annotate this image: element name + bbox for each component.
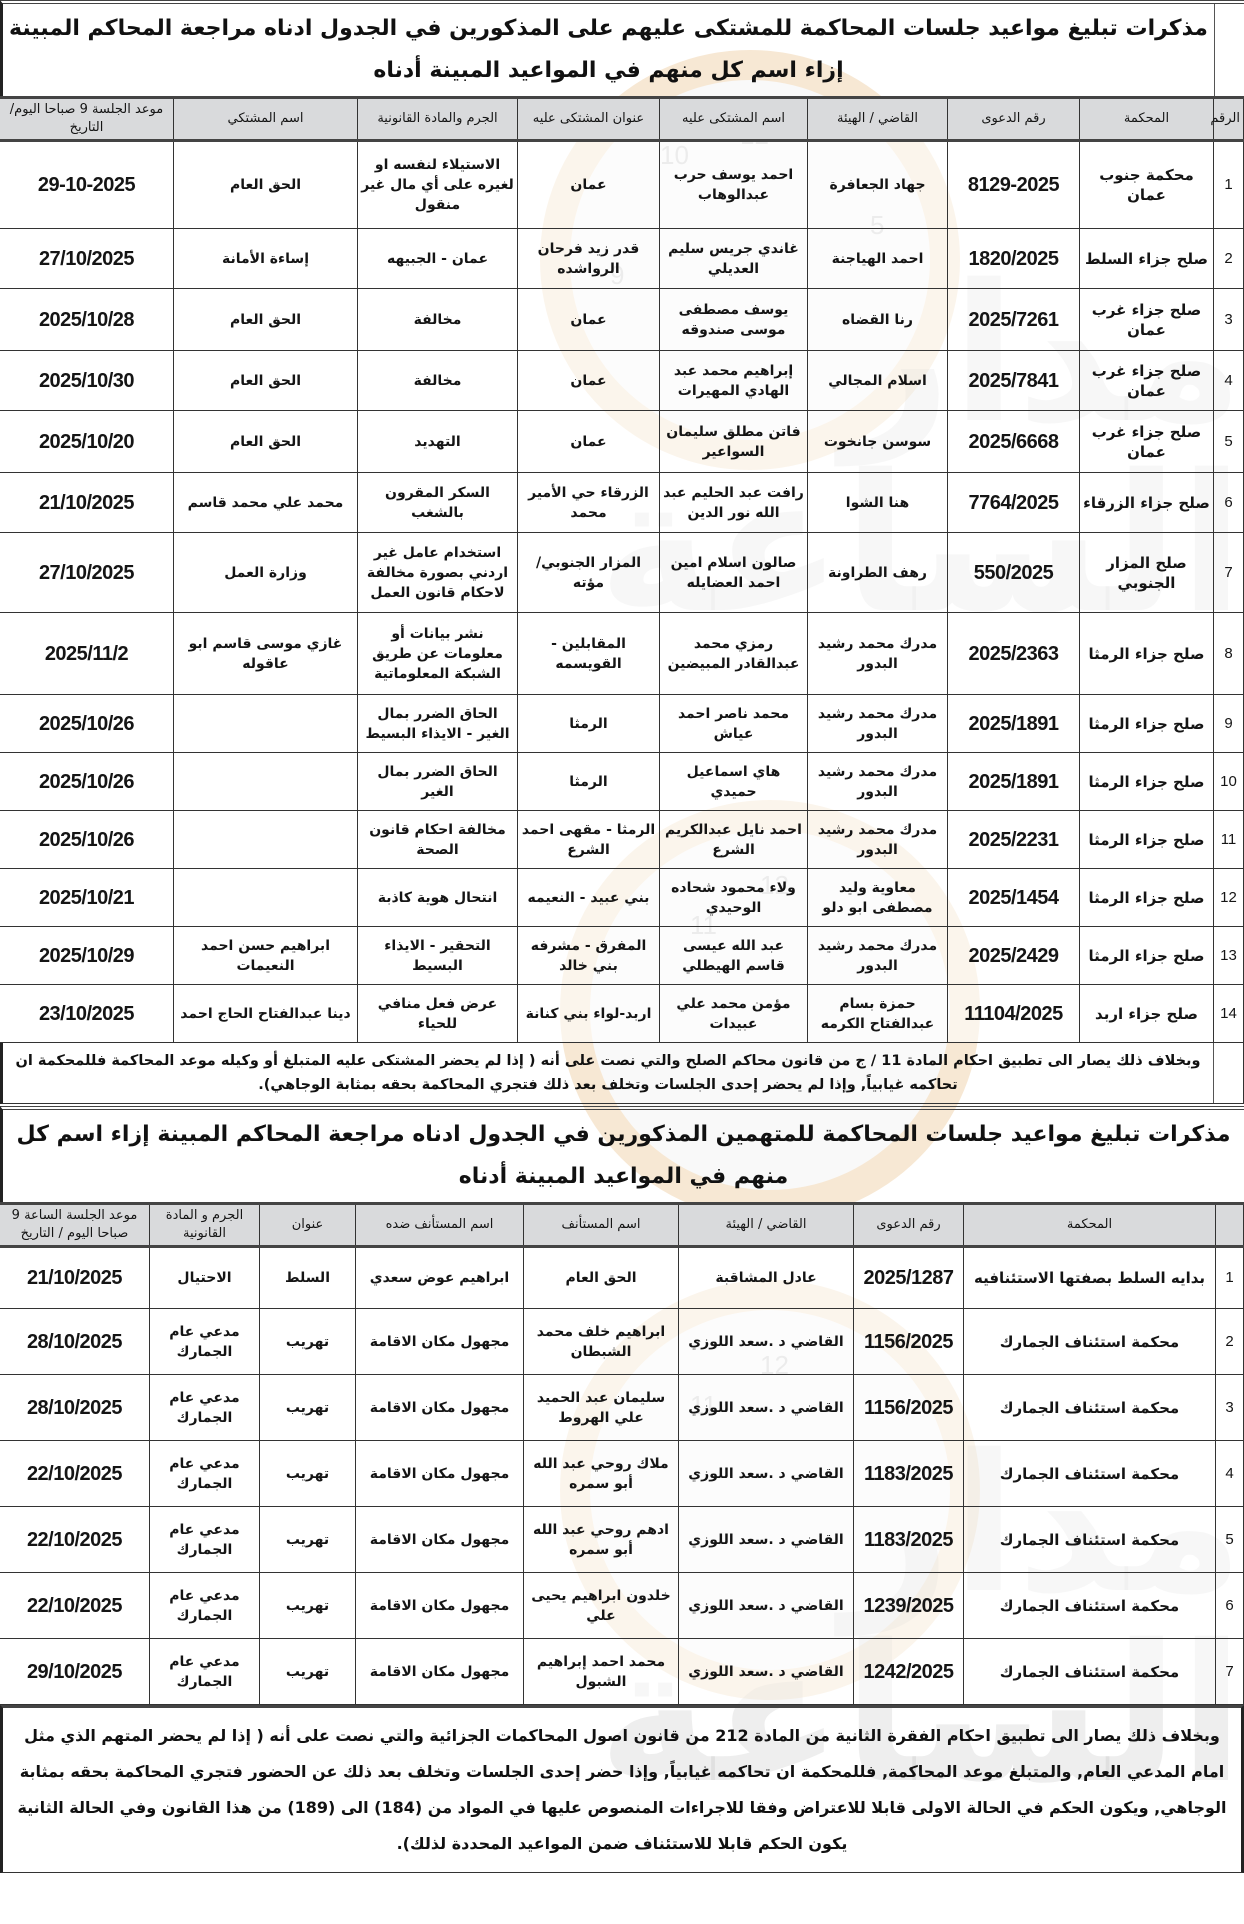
cell-date: 22/10/2025 [0, 1441, 150, 1507]
col-header-case-no: رقم الدعوى [854, 1204, 964, 1247]
cell-court: صلح جزاء اربد [1080, 985, 1214, 1043]
cell-judge: حمزة بسام عبدالفتاح الكرمه [808, 985, 948, 1043]
cell-charge: مدعي عام الجمارك [150, 1639, 260, 1705]
section1-title-box: مذكرات تبليغ مواعيد جلسات المحاكمة للمشت… [0, 0, 1244, 96]
cell-court: محكمة استئناف الجمارك [964, 1309, 1216, 1375]
cell-court: صلح جزاء الرمثا [1080, 811, 1214, 869]
cell-complainant: دينا عبدالفتاح الحاج احمد [174, 985, 358, 1043]
cell-court: صلح جزاء الزرقاء [1080, 473, 1214, 533]
section2-legal-note: وبخلاف ذلك يصار الى تطبيق احكام الفقرة ا… [0, 1705, 1244, 1873]
cell-date: 28/10/2025 [0, 1375, 150, 1441]
cell-appellant: سليمان عبد الحميد علي الهروط [524, 1375, 679, 1441]
cell-no: 10 [1214, 753, 1244, 811]
table-row: 3محكمة استئناف الجمارك1156/2025القاضي د … [0, 1375, 1244, 1441]
table-row: 11صلح جزاء الرمثا2025/2231مدرك محمد رشيد… [0, 811, 1244, 869]
table-row: 10صلح جزاء الرمثا2025/1891مدرك محمد رشيد… [0, 753, 1244, 811]
col-header-appellant: اسم المستأنف [524, 1204, 679, 1247]
cell-appellant: محمد احمد إبراهيم الشبول [524, 1639, 679, 1705]
cell-respondent: مجهول مكان الاقامة [356, 1639, 524, 1705]
cell-respondent: مجهول مكان الاقامة [356, 1309, 524, 1375]
col-header-date: موعد الجلسة 9 صباحا اليوم/التاريخ [0, 98, 174, 141]
section2-note-text: وبخلاف ذلك يصار الى تطبيق احكام الفقرة ا… [3, 1708, 1241, 1872]
table-row: 1محكمة جنوب عمان8129-2025جهاد الجعافرةاح… [0, 141, 1244, 229]
table-row: 1بدايه السلط بصفتها الاستئنافيه2025/1287… [0, 1247, 1244, 1309]
cell-court: محكمة استئناف الجمارك [964, 1639, 1216, 1705]
cell-charge: عمان - الجبيهه [358, 229, 518, 289]
cell-date: 21/10/2025 [0, 1247, 150, 1309]
cell-complainant [174, 811, 358, 869]
table-row: 4محكمة استئناف الجمارك1183/2025القاضي د … [0, 1441, 1244, 1507]
cell-date: 22/10/2025 [0, 1573, 150, 1639]
table-row: 9صلح جزاء الرمثا2025/1891مدرك محمد رشيد … [0, 695, 1244, 753]
table-row: 3صلح جزاء غرب عمان2025/7261رنا القضاهيوس… [0, 289, 1244, 351]
cell-address: تهريب [260, 1309, 356, 1375]
accused-notices-section: مذكرات تبليغ مواعيد جلسات المحاكمة للمته… [0, 1106, 1244, 1873]
cell-court: صلح جزاء الرمثا [1080, 927, 1214, 985]
table-header-row: المحكمة رقم الدعوى القاضي / الهيئة اسم ا… [0, 1204, 1244, 1247]
cell-defendant: احمد نايل عبدالكريم الشرع [660, 811, 808, 869]
cell-complainant: الحق العام [174, 351, 358, 411]
cell-court: صلح جزاء غرب عمان [1080, 351, 1214, 411]
cell-court: محكمة استئناف الجمارك [964, 1375, 1216, 1441]
table-row: 4صلح جزاء غرب عمان2025/7841اسلام المجالي… [0, 351, 1244, 411]
cell-case-no: 1156/2025 [854, 1375, 964, 1441]
cell-address: بني عبيد - النعيمه [518, 869, 660, 927]
table-row: 6محكمة استئناف الجمارك1239/2025القاضي د … [0, 1573, 1244, 1639]
cell-case-no: 1183/2025 [854, 1507, 964, 1573]
table-row: 2صلح جزاء السلط1820/2025احمد الهياجنةغان… [0, 229, 1244, 289]
cell-complainant [174, 753, 358, 811]
table-row: 5محكمة استئناف الجمارك1183/2025القاضي د … [0, 1507, 1244, 1573]
cell-case-no: 2025/2231 [948, 811, 1080, 869]
cell-judge: القاضي د .سعد اللوزي [679, 1639, 854, 1705]
cell-address: تهريب [260, 1441, 356, 1507]
cell-date: 2025/11/2 [0, 613, 174, 695]
cell-address: المقابلين - القويسمه [518, 613, 660, 695]
cell-case-no: 2025/7261 [948, 289, 1080, 351]
table-row: 7صلح المزار الجنوبي550/2025رهف الطراونةص… [0, 533, 1244, 613]
cell-judge: مدرك محمد رشيد البدور [808, 753, 948, 811]
cell-date: 28/10/2025 [0, 1309, 150, 1375]
cell-case-no: 2025/1891 [948, 695, 1080, 753]
cell-charge: انتحال هوية كاذبة [358, 869, 518, 927]
cell-complainant: ابراهيم حسن احمد النعيمات [174, 927, 358, 985]
cell-address: تهريب [260, 1507, 356, 1573]
cell-court: محكمة استئناف الجمارك [964, 1507, 1216, 1573]
table-row: 6صلح جزاء الزرقاء7764/2025هنا الشوارافت … [0, 473, 1244, 533]
cell-appellant: خلدون ابراهيم يحيى علي [524, 1573, 679, 1639]
cell-judge: احمد الهياجنة [808, 229, 948, 289]
cell-charge: مخالفة احكام قانون الصحة [358, 811, 518, 869]
cell-case-no: 1242/2025 [854, 1639, 964, 1705]
cell-judge: القاضي د .سعد اللوزي [679, 1309, 854, 1375]
cell-address: الرمثا - مقهى احمد الشرع [518, 811, 660, 869]
cell-case-no: 8129-2025 [948, 141, 1080, 229]
cell-judge: اسلام المجالي [808, 351, 948, 411]
cell-defendant: محمد ناصر احمد عياش [660, 695, 808, 753]
cell-charge: مدعي عام الجمارك [150, 1507, 260, 1573]
cell-complainant: الحق العام [174, 411, 358, 473]
cell-respondent: مجهول مكان الاقامة [356, 1375, 524, 1441]
cell-charge: مدعي عام الجمارك [150, 1309, 260, 1375]
table-row: 7محكمة استئناف الجمارك1242/2025القاضي د … [0, 1639, 1244, 1705]
cell-court: صلح جزاء الرمثا [1080, 869, 1214, 927]
cell-no: 5 [1214, 411, 1244, 473]
cell-complainant: وزارة العمل [174, 533, 358, 613]
table-row: 5صلح جزاء غرب عمان2025/6668سوسن جانخوتفا… [0, 411, 1244, 473]
cell-address: عمان [518, 289, 660, 351]
section1-note-text: وبخلاف ذلك يصار الى تطبيق احكام المادة 1… [3, 1043, 1213, 1103]
cell-court: صلح جزاء الرمثا [1080, 695, 1214, 753]
cell-charge: استخدام عامل غير اردني بصورة مخالفة لاحك… [358, 533, 518, 613]
cell-judge: هنا الشوا [808, 473, 948, 533]
cell-case-no: 2025/1891 [948, 753, 1080, 811]
cell-date: 2025/10/30 [0, 351, 174, 411]
cell-judge: رنا القضاه [808, 289, 948, 351]
cell-case-no: 550/2025 [948, 533, 1080, 613]
cell-address: عمان [518, 411, 660, 473]
cell-court: محكمة جنوب عمان [1080, 141, 1214, 229]
cell-charge: مخالفة [358, 289, 518, 351]
cell-date: 22/10/2025 [0, 1507, 150, 1573]
cell-date: 21/10/2025 [0, 473, 174, 533]
cell-appellant: ادهم روحي عبد الله أبو سمره [524, 1507, 679, 1573]
cell-complainant: إساءة الأمانة [174, 229, 358, 289]
cell-defendant: مؤمن محمد علي عبيدات [660, 985, 808, 1043]
court-notice-page: 12 5 9 10 12 11 12 11 مدار الساعة مدار ا… [0, 0, 1244, 1924]
col-header-court: المحكمة [964, 1204, 1216, 1247]
cell-court: صلح جزاء الرمثا [1080, 613, 1214, 695]
table-row: 2محكمة استئناف الجمارك1156/2025القاضي د … [0, 1309, 1244, 1375]
cell-address: تهريب [260, 1639, 356, 1705]
cell-respondent: مجهول مكان الاقامة [356, 1573, 524, 1639]
col-header-case-no: رقم الدعوى [948, 98, 1080, 141]
cell-court: بدايه السلط بصفتها الاستئنافيه [964, 1247, 1216, 1309]
cell-address: عمان [518, 141, 660, 229]
col-header-complainant: اسم المشتكي [174, 98, 358, 141]
cell-charge: نشر بيانات أو معلومات عن طريق الشبكة الم… [358, 613, 518, 695]
cell-case-no: 1156/2025 [854, 1309, 964, 1375]
cell-judge: القاضي د .سعد اللوزي [679, 1441, 854, 1507]
table-row: 8صلح جزاء الرمثا2025/2363مدرك محمد رشيد … [0, 613, 1244, 695]
cell-court: صلح جزاء غرب عمان [1080, 411, 1214, 473]
cell-court: صلح جزاء السلط [1080, 229, 1214, 289]
cell-no: 7 [1216, 1639, 1244, 1705]
cell-defendant: صالون اسلام امين احمد العضايله [660, 533, 808, 613]
cell-respondent: مجهول مكان الاقامة [356, 1441, 524, 1507]
cell-charge: مخالفة [358, 351, 518, 411]
cell-address: اربد-لواء بني كنانة [518, 985, 660, 1043]
cell-date: 23/10/2025 [0, 985, 174, 1043]
cell-address: قدر زيد فرحان الرواشده [518, 229, 660, 289]
cell-court: صلح جزاء الرمثا [1080, 753, 1214, 811]
cell-no: 1 [1214, 141, 1244, 229]
cell-charge: عرض فعل منافي للحياء [358, 985, 518, 1043]
cell-date: 27/10/2025 [0, 533, 174, 613]
col-header-defendant: اسم المشتكى عليه [660, 98, 808, 141]
cell-date: 29-10-2025 [0, 141, 174, 229]
col-header-charge: الجرم و المادة القانونية [150, 1204, 260, 1247]
complainant-notices-table: الرقم المحكمة رقم الدعوى القاضي / الهيئة… [0, 96, 1244, 1043]
cell-appellant: ملاك روحي عبد الله أبو سمره [524, 1441, 679, 1507]
cell-charge: التحقير - الايذاء البسيط [358, 927, 518, 985]
cell-defendant: ولاء محمود شحاده الوحيدي [660, 869, 808, 927]
cell-address: عمان [518, 351, 660, 411]
col-header-address: عنوان [260, 1204, 356, 1247]
cell-defendant: هاي اسماعيل حميدي [660, 753, 808, 811]
cell-date: 2025/10/26 [0, 811, 174, 869]
cell-date: 29/10/2025 [0, 1639, 150, 1705]
cell-defendant: يوسف مصطفى موسى صندوقه [660, 289, 808, 351]
col-header-court: المحكمة [1080, 98, 1214, 141]
cell-address: تهريب [260, 1375, 356, 1441]
cell-case-no: 2025/2363 [948, 613, 1080, 695]
cell-date: 27/10/2025 [0, 229, 174, 289]
cell-judge: جهاد الجعافرة [808, 141, 948, 229]
cell-date: 2025/10/28 [0, 289, 174, 351]
cell-case-no: 1183/2025 [854, 1441, 964, 1507]
cell-no: 2 [1216, 1309, 1244, 1375]
cell-complainant: محمد علي محمد قاسم [174, 473, 358, 533]
cell-respondent: ابراهيم عوض سعدي [356, 1247, 524, 1309]
cell-no: 7 [1214, 533, 1244, 613]
cell-complainant: الحق العام [174, 289, 358, 351]
cell-appellant: ابراهيم خلف محمد الشبطان [524, 1309, 679, 1375]
cell-defendant: رافت عبد الحليم عبد الله نور الدين [660, 473, 808, 533]
cell-case-no: 7764/2025 [948, 473, 1080, 533]
cell-judge: عادل المشاقبة [679, 1247, 854, 1309]
cell-address: تهريب [260, 1573, 356, 1639]
cell-charge: التهديد [358, 411, 518, 473]
cell-no: 3 [1214, 289, 1244, 351]
complainant-notices-section: مذكرات تبليغ مواعيد جلسات المحاكمة للمشت… [0, 0, 1244, 1104]
cell-no: 14 [1214, 985, 1244, 1043]
cell-case-no: 11104/2025 [948, 985, 1080, 1043]
cell-case-no: 2025/1454 [948, 869, 1080, 927]
cell-no: 6 [1214, 473, 1244, 533]
col-header-charge: الجرم والمادة القانونية [358, 98, 518, 141]
cell-judge: رهف الطراونة [808, 533, 948, 613]
cell-judge: معاوية وليد مصطفى ابو دلو [808, 869, 948, 927]
cell-no: 2 [1214, 229, 1244, 289]
cell-defendant: فاتن مطلق سليمان السواعير [660, 411, 808, 473]
cell-no: 4 [1216, 1441, 1244, 1507]
col-header-date: موعد الجلسة الساعة 9 صباحا اليوم / التار… [0, 1204, 150, 1247]
cell-judge: مدرك محمد رشيد البدور [808, 613, 948, 695]
cell-judge: مدرك محمد رشيد البدور [808, 927, 948, 985]
cell-charge: مدعي عام الجمارك [150, 1441, 260, 1507]
section1-legal-note: وبخلاف ذلك يصار الى تطبيق احكام المادة 1… [0, 1043, 1244, 1104]
cell-judge: القاضي د .سعد اللوزي [679, 1507, 854, 1573]
cell-court: محكمة استئناف الجمارك [964, 1573, 1216, 1639]
cell-judge: القاضي د .سعد اللوزي [679, 1375, 854, 1441]
cell-case-no: 2025/2429 [948, 927, 1080, 985]
cell-no: 13 [1214, 927, 1244, 985]
cell-case-no: 2025/7841 [948, 351, 1080, 411]
cell-date: 2025/10/26 [0, 695, 174, 753]
cell-charge: الحاق الضرر بمال الغير - الايذاء البسيط [358, 695, 518, 753]
cell-respondent: مجهول مكان الاقامة [356, 1507, 524, 1573]
cell-charge: السكر المقرون بالشغب [358, 473, 518, 533]
cell-address: الرمثا [518, 695, 660, 753]
table-row: 14صلح جزاء اربد11104/2025حمزة بسام عبدال… [0, 985, 1244, 1043]
cell-no: 3 [1216, 1375, 1244, 1441]
cell-defendant: احمد يوسف حرب عبدالوهاب [660, 141, 808, 229]
cell-no: 1 [1216, 1247, 1244, 1309]
cell-no: 6 [1216, 1573, 1244, 1639]
cell-charge: الاستيلاء لنفسه او لغيره على أي مال غير … [358, 141, 518, 229]
cell-no: 12 [1214, 869, 1244, 927]
cell-case-no: 1820/2025 [948, 229, 1080, 289]
cell-complainant: الحق العام [174, 141, 358, 229]
cell-no: 9 [1214, 695, 1244, 753]
cell-address: الزرقاء حي الأمير محمد [518, 473, 660, 533]
cell-court: صلح جزاء غرب عمان [1080, 289, 1214, 351]
table-row: 12صلح جزاء الرمثا2025/1454معاوية وليد مص… [0, 869, 1244, 927]
col-header-no: الرقم [1214, 98, 1244, 141]
col-header-judge: القاضي / الهيئة [808, 98, 948, 141]
section2-title: مذكرات تبليغ مواعيد جلسات المحاكمة للمته… [3, 1110, 1244, 1202]
col-header-respondent: اسم المستأنف ضده [356, 1204, 524, 1247]
cell-appellant: الحق العام [524, 1247, 679, 1309]
cell-no: 4 [1214, 351, 1244, 411]
col-header-no [1216, 1204, 1244, 1247]
cell-complainant [174, 695, 358, 753]
cell-judge: مدرك محمد رشيد البدور [808, 811, 948, 869]
cell-date: 2025/10/20 [0, 411, 174, 473]
cell-complainant: غازي موسى قاسم ابو عاقوله [174, 613, 358, 695]
table-header-row: الرقم المحكمة رقم الدعوى القاضي / الهيئة… [0, 98, 1244, 141]
cell-complainant [174, 869, 358, 927]
cell-date: 2025/10/29 [0, 927, 174, 985]
cell-case-no: 2025/1287 [854, 1247, 964, 1309]
cell-no: 5 [1216, 1507, 1244, 1573]
cell-no: 8 [1214, 613, 1244, 695]
cell-defendant: غاندي جريس سليم العديلي [660, 229, 808, 289]
cell-case-no: 1239/2025 [854, 1573, 964, 1639]
cell-court: محكمة استئناف الجمارك [964, 1441, 1216, 1507]
cell-address: المزار الجنوبي/ مؤته [518, 533, 660, 613]
table-row: 13صلح جزاء الرمثا2025/2429مدرك محمد رشيد… [0, 927, 1244, 985]
cell-defendant: إبراهيم محمد عبد الهادي المهيرات [660, 351, 808, 411]
cell-case-no: 2025/6668 [948, 411, 1080, 473]
cell-date: 2025/10/26 [0, 753, 174, 811]
cell-no: 11 [1214, 811, 1244, 869]
cell-charge: الحاق الضرر بمال الغير [358, 753, 518, 811]
cell-charge: الاحتيال [150, 1247, 260, 1309]
section1-title: مذكرات تبليغ مواعيد جلسات المحاكمة للمشت… [3, 4, 1214, 96]
col-header-address: عنوان المشتكى عليه [518, 98, 660, 141]
cell-date: 2025/10/21 [0, 869, 174, 927]
cell-address: السلط [260, 1247, 356, 1309]
cell-judge: القاضي د .سعد اللوزي [679, 1573, 854, 1639]
cell-charge: مدعي عام الجمارك [150, 1573, 260, 1639]
section2-title-box: مذكرات تبليغ مواعيد جلسات المحاكمة للمته… [0, 1106, 1244, 1202]
cell-judge: مدرك محمد رشيد البدور [808, 695, 948, 753]
cell-defendant: رمزي محمد عبدالقادر المبيضين [660, 613, 808, 695]
cell-address: المفرق - مشرفه بني خالد [518, 927, 660, 985]
cell-address: الرمثا [518, 753, 660, 811]
cell-court: صلح المزار الجنوبي [1080, 533, 1214, 613]
cell-defendant: عبد الله عيسى قاسم الهيطلي [660, 927, 808, 985]
col-header-judge: القاضي / الهيئة [679, 1204, 854, 1247]
cell-judge: سوسن جانخوت [808, 411, 948, 473]
cell-charge: مدعي عام الجمارك [150, 1375, 260, 1441]
accused-notices-table: المحكمة رقم الدعوى القاضي / الهيئة اسم ا… [0, 1202, 1244, 1705]
